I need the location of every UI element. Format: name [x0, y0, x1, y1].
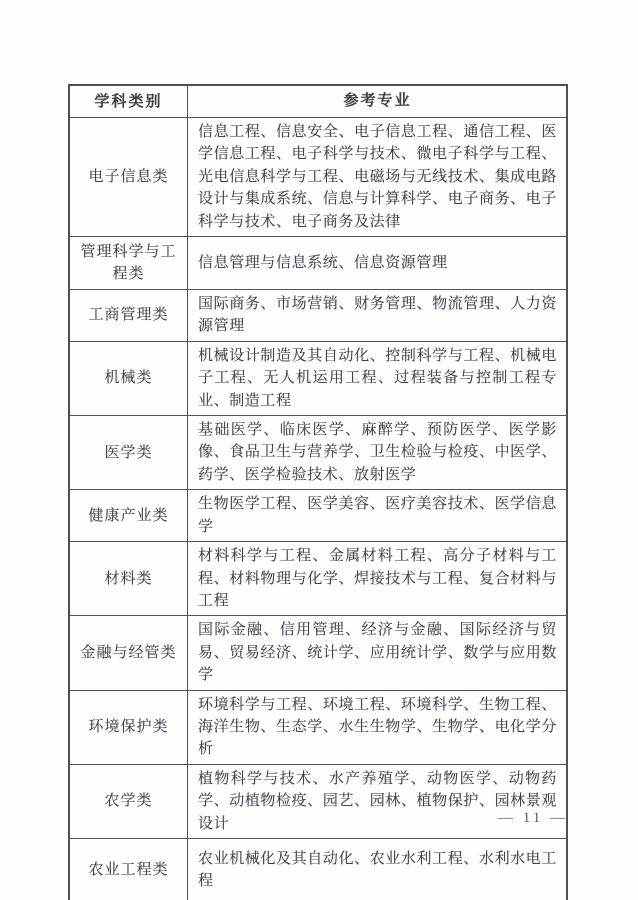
majors-cell: 生物医学工程、医学美容、医疗美容技术、医学信息学 [188, 490, 566, 541]
table-row: 管理科学与工程类 信息管理与信息系统、信息资源管理 [70, 236, 566, 289]
category-cell: 农业工程类 [70, 839, 188, 900]
scanned-document-page: 学科类别 参考专业 电子信息类 信息工程、信息安全、电子信息工程、通信工程、医学… [0, 0, 638, 900]
page-number: — 11 — [0, 810, 568, 827]
category-cell: 健康产业类 [70, 490, 188, 541]
table-row: 农业工程类 农业机械化及其自动化、农业水利工程、水利水电工程 [70, 838, 566, 900]
majors-cell: 信息管理与信息系统、信息资源管理 [188, 237, 566, 289]
majors-cell: 国际金融、信用管理、经济与金融、国际经济与贸易、贸易经济、统计学、应用统计学、数… [188, 616, 566, 689]
majors-cell: 农业机械化及其自动化、农业水利工程、水利水电工程 [188, 839, 566, 900]
category-cell: 金融与经管类 [70, 616, 188, 689]
majors-reference-table: 学科类别 参考专业 电子信息类 信息工程、信息安全、电子信息工程、通信工程、医学… [68, 84, 568, 900]
table-row: 金融与经管类 国际金融、信用管理、经济与金融、国际经济与贸易、贸易经济、统计学、… [70, 615, 566, 689]
majors-cell: 材料科学与工程、金属材料工程、高分子材料与工程、材料物理与化学、焊接技术与工程、… [188, 542, 566, 615]
category-cell: 材料类 [70, 542, 188, 615]
table-row: 材料类 材料科学与工程、金属材料工程、高分子材料与工程、材料物理与化学、焊接技术… [70, 541, 566, 615]
majors-cell: 信息工程、信息安全、电子信息工程、通信工程、医学信息工程、电子科学与技术、微电子… [188, 118, 566, 236]
category-cell: 电子信息类 [70, 118, 188, 236]
table-row: 电子信息类 信息工程、信息安全、电子信息工程、通信工程、医学信息工程、电子科学与… [70, 117, 566, 236]
table-row: 机械类 机械设计制造及其自动化、控制科学与工程、机械电子工程、无人机运用工程、过… [70, 341, 566, 415]
table-header-row: 学科类别 参考专业 [70, 86, 566, 117]
category-cell: 医学类 [70, 416, 188, 489]
header-category-cell: 学科类别 [70, 86, 188, 117]
majors-cell: 环境科学与工程、环境工程、环境科学、生物工程、海洋生物、生态学、水生生物学、生物… [188, 691, 566, 764]
category-cell: 管理科学与工程类 [70, 237, 188, 289]
category-cell: 机械类 [70, 342, 188, 415]
majors-cell: 基础医学、临床医学、麻醉学、预防医学、医学影像、食品卫生与营养学、卫生检验与检疫… [188, 416, 566, 489]
category-cell: 工商管理类 [70, 290, 188, 341]
table-row: 健康产业类 生物医学工程、医学美容、医疗美容技术、医学信息学 [70, 489, 566, 541]
majors-cell: 机械设计制造及其自动化、控制科学与工程、机械电子工程、无人机运用工程、过程装备与… [188, 342, 566, 415]
table-row: 医学类 基础医学、临床医学、麻醉学、预防医学、医学影像、食品卫生与营养学、卫生检… [70, 415, 566, 489]
table-row: 工商管理类 国际商务、市场营销、财务管理、物流管理、人力资源管理 [70, 289, 566, 341]
majors-cell: 国际商务、市场营销、财务管理、物流管理、人力资源管理 [188, 290, 566, 341]
header-majors-cell: 参考专业 [188, 86, 566, 117]
category-cell: 环境保护类 [70, 691, 188, 764]
table-row: 环境保护类 环境科学与工程、环境工程、环境科学、生物工程、海洋生物、生态学、水生… [70, 690, 566, 764]
